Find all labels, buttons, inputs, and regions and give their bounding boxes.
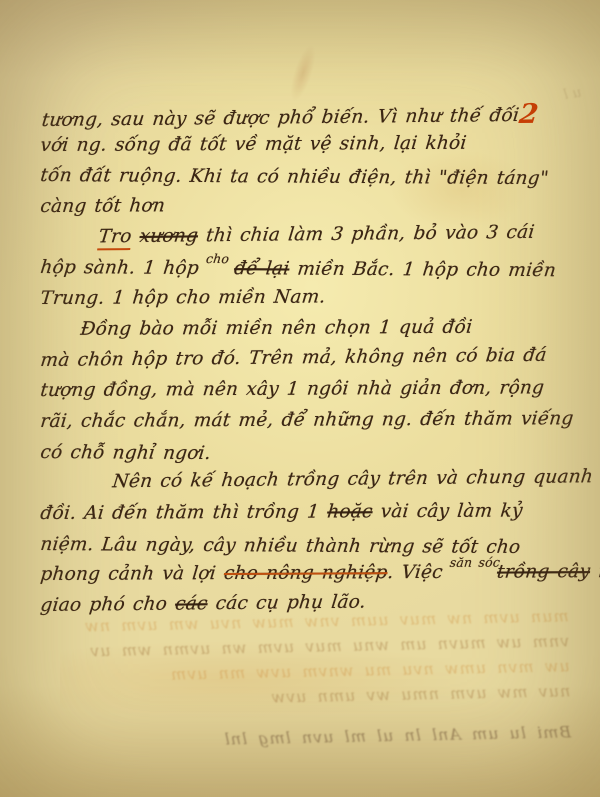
handwritten-text: với ng. sống đã tốt về mặt vệ sinh, lại … [39,132,467,155]
handwritten-text: tốn đất ruộng. Khi ta có nhiều điện, thì… [39,165,549,189]
struck-out-text: hoặc [326,501,373,522]
handwritten-text: tương, sau này sẽ được phổ biến. Vì như … [41,105,521,131]
struck-out-text: trồng cây [496,561,591,582]
bleedthrough-line: nuv mw uvm nmu wv umn uvw [30,681,570,717]
manuscript-lines: tương, sau này sẽ được phổ biến. Vì như … [40,104,568,626]
handwritten-text: tượng đồng, mà nên xây 1 ngôi nhà giản đ… [39,378,545,402]
manuscript-photo: u l tương, sau này sẽ được phổ biến. Vì … [0,0,600,797]
manuscript-line: đồi. Ai đến thăm thì trồng 1 hoặc vài câ… [38,500,569,533]
handwritten-text: Nên có kế hoạch trồng cây trên và chung … [111,466,594,492]
bleedthrough-line: vnm uw muvn um wnu muv uvm wn uvmn wm uv [29,631,569,667]
struck-out-text: cho nông nghiệp [223,562,389,584]
manuscript-line: Trung. 1 hộp cho miền Nam. [38,285,569,318]
manuscript-line: tương, sau này sẽ được phổ biến. Vì như … [38,98,570,134]
struck-out-text: các [174,593,209,614]
struck-out-text: xương [139,225,200,247]
handwritten-text: hộp sành. 1 hộp [39,257,208,279]
handwritten-text: đồi. Ai đến thăm thì trồng 1 [39,501,328,524]
red-underlined-word: Tro [97,226,133,250]
handwritten-text: Trung. 1 hộp cho miền Nam. [39,287,326,309]
bleedthrough-line: uw mvn umw nvu mu wnvm uvw mn uvm [30,656,570,692]
struck-out-text: để lại [233,259,290,280]
manuscript-line: giao phó cho các các cụ phụ lão. [38,589,570,625]
handwritten-text: thì chia làm 3 phần, bỏ vào 3 cái [197,222,536,247]
handwritten-text: vài cây làm kỷ [372,500,524,522]
manuscript-line: tượng đồng, mà nên xây 1 ngôi nhà giản đ… [38,377,569,410]
manuscript-line: Nên có kế hoạch trồng cây trên và chung … [38,467,570,503]
handwritten-text: giao phó cho [39,594,176,616]
handwritten-text: miền Bắc. 1 hộp cho miền [288,259,557,282]
handwritten-text: các cụ phụ lão. [206,592,367,615]
handwritten-text: càng tốt hơn [39,195,166,217]
page-number-red: 2 [518,99,541,130]
handwritten-text: nên [589,561,600,582]
handwritten-text: rãi, chắc chắn, mát mẻ, để những ng. đến… [39,408,574,432]
handwritten-text: niệm. Lâu ngày, cây nhiều thành rừng sẽ … [39,534,521,558]
inserted-correction: săn sóc [449,555,501,570]
manuscript-line: rãi, chắc chắn, mát mẻ, để những ng. đến… [38,408,569,441]
handwritten-text: . Việc [386,562,451,583]
manuscript-line: mà chôn hộp tro đó. Trên mả, không nên c… [38,344,570,380]
ink-bleedthrough-bottom: mun uvm nw muv uum vnw muw nvu wm uvm nw… [29,606,572,758]
handwritten-text: Đồng bào mỗi miền nên chọn 1 quả đồi [79,317,473,340]
handwritten-text: phong cảnh và lợi [39,563,225,585]
manuscript-line: với ng. sống đã tốt về mặt vệ sinh, lại … [38,132,569,165]
handwritten-text: có chỗ nghỉ ngơi. [39,442,212,464]
manuscript-line: Tro xương thì chia làm 3 phần, bỏ vào 3 … [38,221,570,257]
inserted-correction: cho [205,251,230,266]
paper-stain [60,640,480,720]
bleedthrough-line: Bmi lu um Anl ln ul ml uvn lmg lnl [31,722,571,758]
